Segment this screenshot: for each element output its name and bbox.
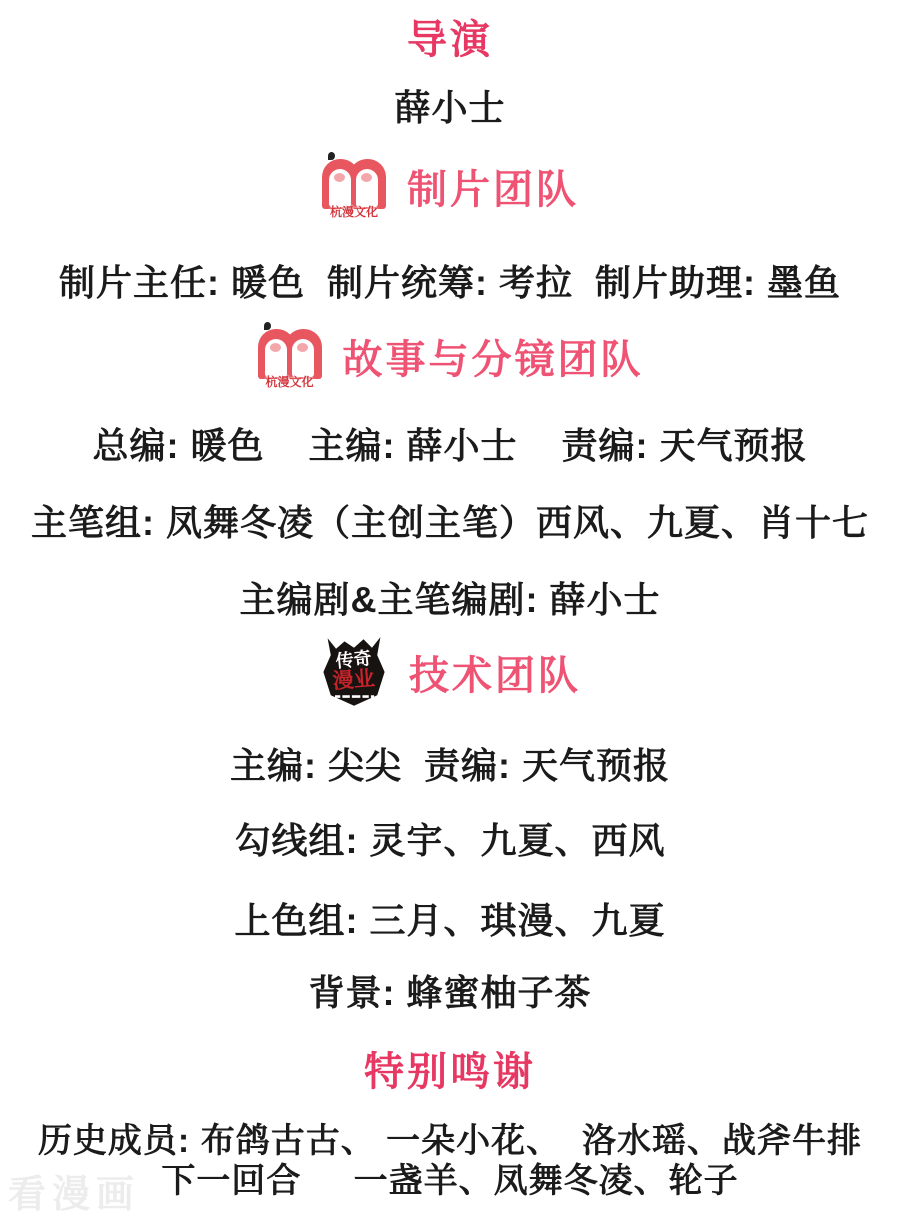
tech-background-line: 背景: 蜂蜜柚子茶 <box>0 965 900 1016</box>
story-writers-line: 主编剧&主笔编剧: 薛小士 <box>0 572 900 623</box>
story-team-header: 杭漫文化 故事与分镜团队 <box>0 322 900 390</box>
story-editors-line: 总编: 暖色 主编: 薛小士 责编: 天气预报 <box>0 418 900 469</box>
tech-team-heading: 技术团队 <box>409 644 581 701</box>
tech-team-header: 传奇 漫业 技术团队 <box>0 634 900 710</box>
director-heading: 导演 <box>0 8 900 65</box>
tech-editors-line: 主编: 尖尖 责编: 天气预报 <box>0 738 900 789</box>
hangman-culture-logo-icon: 杭漫文化 <box>257 322 323 390</box>
story-team-heading: 故事与分镜团队 <box>343 328 644 385</box>
logo-antenna <box>264 322 271 330</box>
production-members-line: 制片主任: 暖色 制片统筹: 考拉 制片助理: 墨鱼 <box>0 255 900 306</box>
badge-bottom-text: 漫业 <box>332 666 376 693</box>
hangman-logo-caption: 杭漫文化 <box>321 203 387 220</box>
legend-animation-badge-icon: 传奇 漫业 <box>319 634 389 710</box>
production-team-heading: 制片团队 <box>407 158 579 215</box>
kanmanhua-watermark: 看漫画 <box>8 1163 140 1215</box>
production-team-header: 杭漫文化 制片团队 <box>0 152 900 220</box>
credits-page: 导演 薛小士 杭漫文化 制片团队 制片主任: 暖色 制片统筹: 考拉 制片助理:… <box>0 0 900 1215</box>
director-name: 薛小士 <box>0 80 900 131</box>
hangman-culture-logo-icon: 杭漫文化 <box>321 152 387 220</box>
hangman-logo-caption: 杭漫文化 <box>257 373 323 390</box>
tech-lineart-line: 勾线组: 灵宇、九夏、西风 <box>0 813 900 864</box>
special-thanks-heading: 特别鸣谢 <box>0 1040 900 1097</box>
story-artists-line: 主笔组: 凤舞冬凌（主创主笔）西风、九夏、肖十七 <box>0 495 900 546</box>
tech-coloring-line: 上色组: 三月、琪漫、九夏 <box>0 893 900 944</box>
